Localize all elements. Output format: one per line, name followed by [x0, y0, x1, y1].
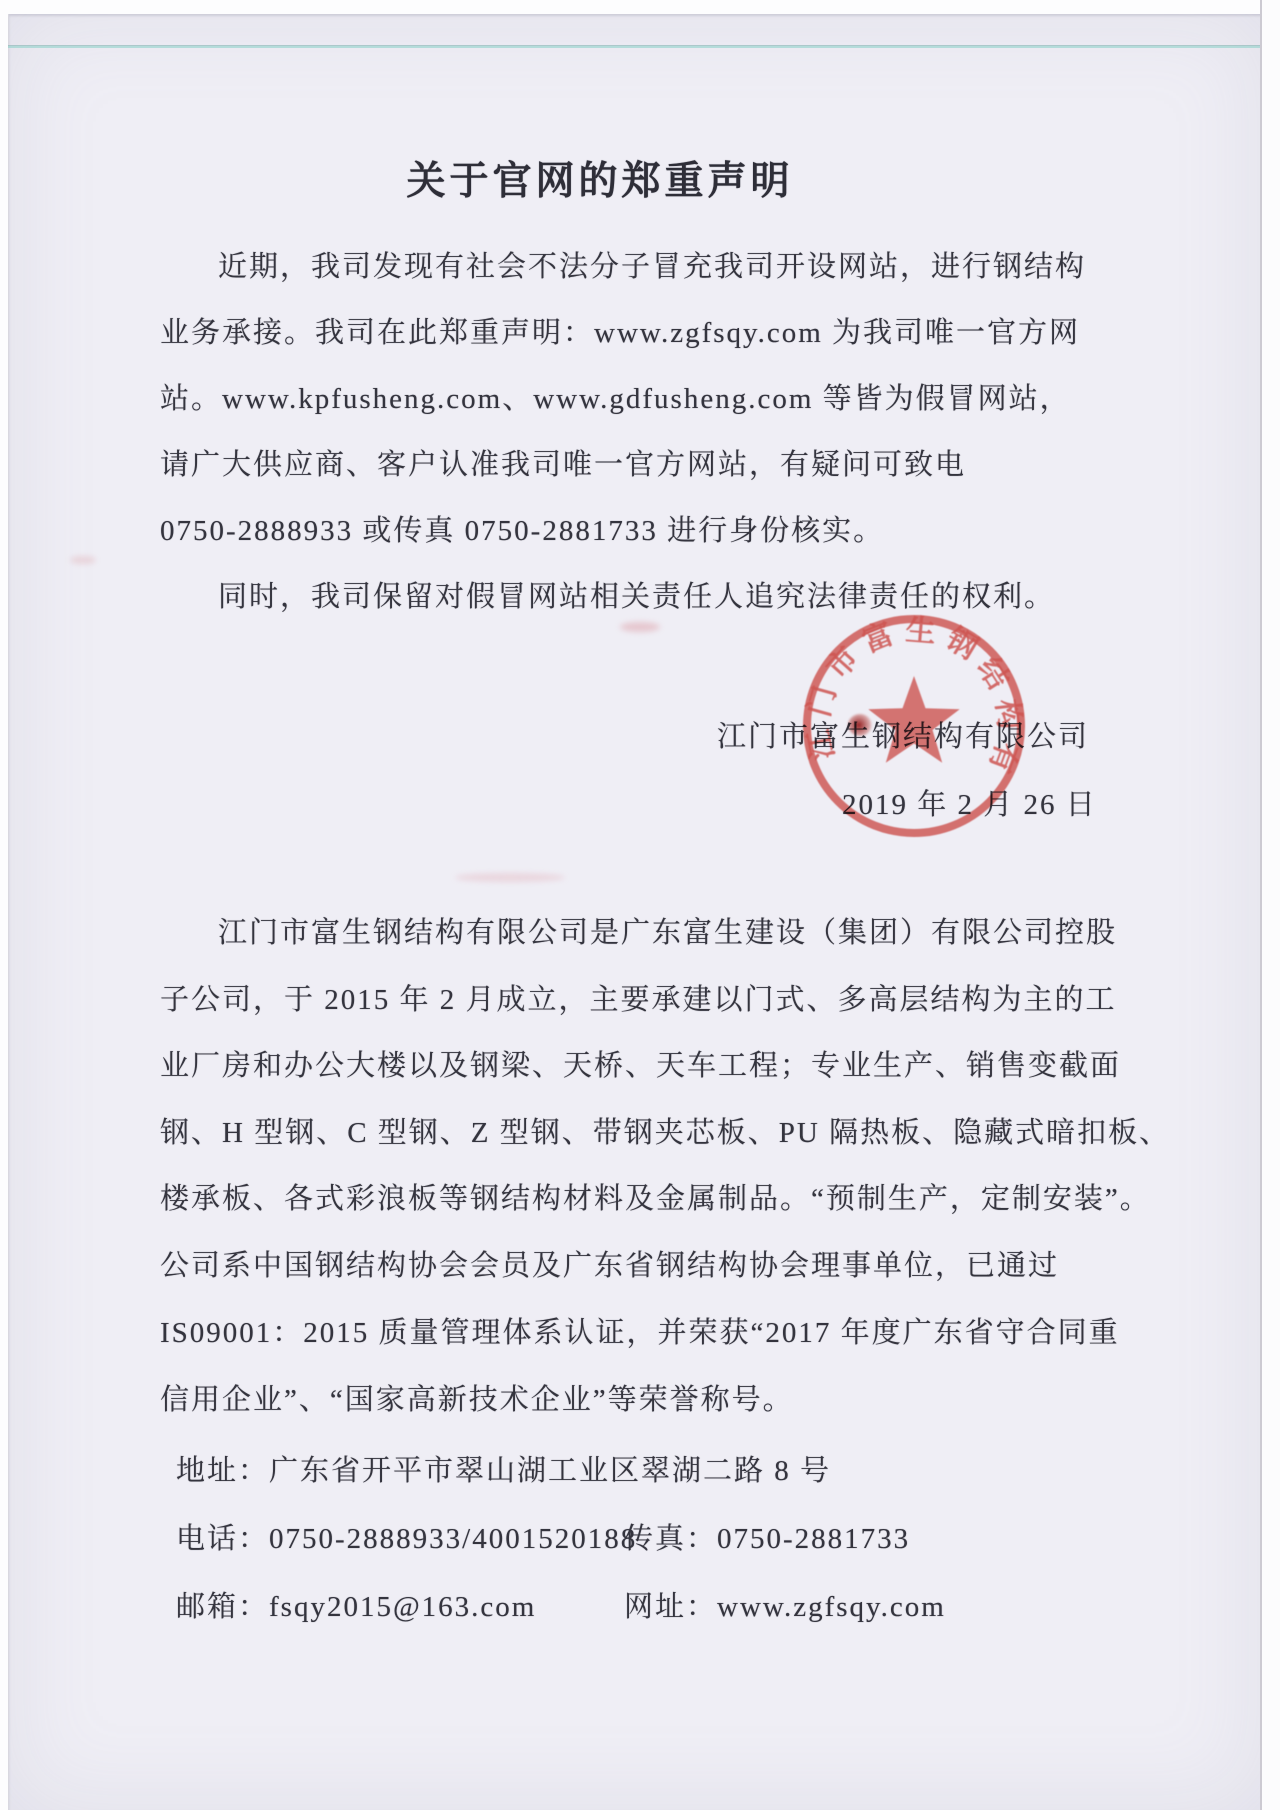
fax-value: 0750-2881733 — [717, 1523, 910, 1555]
contact-row-email-web: 邮箱：fsqy2015@163.com 网址：www.zgfsqy.com — [176, 1584, 1096, 1625]
scan-artifact-line — [8, 45, 1262, 48]
website-value: www.zgfsqy.com — [717, 1591, 946, 1623]
contact-row-address: 地址：广东省开平市翠山湖工业区翠湖二路 8 号 — [176, 1448, 1096, 1489]
fax-group: 传真：0750-2881733 — [624, 1516, 910, 1557]
seal-star — [868, 676, 959, 763]
seal-ink-blob — [848, 714, 872, 736]
fax-label: 传真： — [624, 1523, 717, 1555]
profile-line: 子公司，于 2015 年 2 月成立，主要承建以门式、多高层结构为主的工 — [160, 977, 1100, 1018]
profile-line: 钢、H 型钢、C 型钢、Z 型钢、带钢夹芯板、PU 隔热板、隐藏式暗扣板、 — [160, 1110, 1100, 1151]
profile-line: 江门市富生钢结构有限公司是广东富生建设（集团）有限公司控股 — [160, 910, 1158, 951]
contact-row-phone-fax: 电话：0750-2888933/4001520188 传真：0750-28817… — [176, 1516, 1096, 1557]
profile-line: 信用企业”、“国家高新技术企业”等荣誉称号。 — [160, 1377, 1100, 1418]
statement-line: 站。www.kpfusheng.com、www.gdfusheng.com 等皆… — [160, 376, 1100, 417]
statement-line: 请广大供应商、客户认准我司唯一官方网站，有疑问可致电 — [160, 442, 1100, 483]
profile-line: IS09001：2015 质量管理体系认证，并荣获“2017 年度广东省守合同重 — [160, 1310, 1100, 1351]
company-seal-graphic: 江门市富生钢结构有限公司 — [794, 606, 1034, 846]
address-value: 广东省开平市翠山湖工业区翠湖二路 8 号 — [269, 1455, 831, 1487]
website-label: 网址： — [624, 1591, 717, 1623]
phone-value: 0750-2888933/4001520188 — [269, 1523, 637, 1555]
ink-smudge — [620, 622, 660, 632]
profile-line: 公司系中国钢结构协会会员及广东省钢结构协会理事单位，已通过 — [160, 1243, 1100, 1284]
statement-line: 近期，我司发现有社会不法分子冒充我司开设网站，进行钢结构 — [160, 244, 1158, 285]
phone-label: 电话： — [176, 1523, 269, 1555]
profile-line: 业厂房和办公大楼以及钢梁、天桥、天车工程；专业生产、销售变截面 — [160, 1043, 1100, 1084]
statement-line: 业务承接。我司在此郑重声明：www.zgfsqy.com 为我司唯一官方网 — [160, 310, 1100, 351]
company-seal: 江门市富生钢结构有限公司 — [794, 606, 1034, 846]
document-title: 关于官网的郑重声明 — [160, 150, 1040, 206]
website-group: 网址：www.zgfsqy.com — [624, 1584, 946, 1625]
email-label: 邮箱： — [176, 1591, 269, 1623]
profile-line: 楼承板、各式彩浪板等钢结构材料及金属制品。“预制生产，定制安装”。 — [160, 1176, 1100, 1217]
ink-smudge — [455, 873, 565, 882]
email-value: fsqy2015@163.com — [269, 1591, 536, 1623]
ink-smudge — [70, 556, 96, 564]
paper-right-edge — [1260, 0, 1280, 1810]
address-label: 地址： — [176, 1455, 269, 1487]
statement-line: 0750-2888933 或传真 0750-2881733 进行身份核实。 — [160, 508, 1100, 549]
